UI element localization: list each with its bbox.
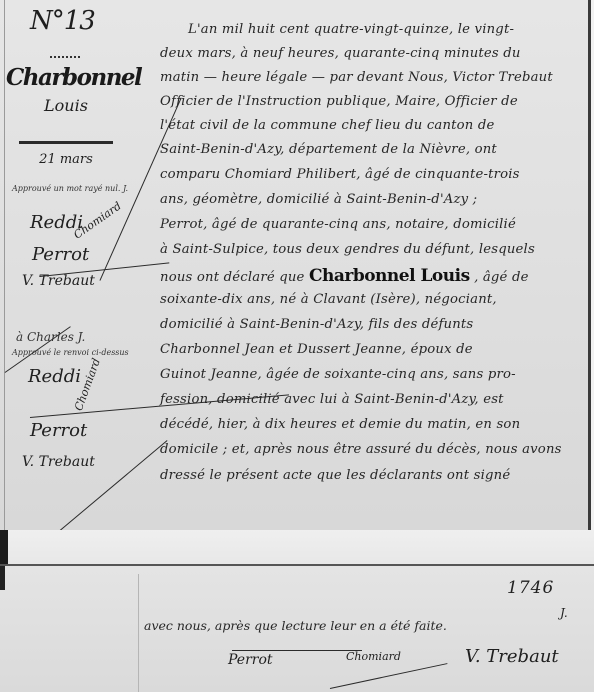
body-line-19: dressé le présent acte que les déclarant… <box>160 468 510 483</box>
register-page-top: N°13 Charbonnel Louis 21 mars Approuvé u… <box>0 0 594 530</box>
register-page-bottom: 1746 avec nous, après que lecture leur e… <box>0 564 594 692</box>
closing-line: avec nous, après que lecture leur en a é… <box>144 618 447 633</box>
body-line-7: comparu Chomiard Philibert, âgé de cinqu… <box>160 167 520 182</box>
signature-chomiard-bottom: Chomiard <box>346 650 401 663</box>
body-line-3: matin — heure légale — par devant Nous, … <box>160 70 553 85</box>
body-line-8: ans, géomètre, domicilié à Saint-Benin-d… <box>160 192 477 207</box>
body-line-5: l'état civil de la commune chef lieu du … <box>160 118 495 133</box>
page-gap <box>0 530 594 564</box>
pen-flourish <box>232 650 362 651</box>
margin-divider <box>19 141 113 144</box>
body-line-2: deux mars, à neuf heures, quarante-cinq … <box>160 46 521 61</box>
body-line-18: domicile ; et, après nous être assuré du… <box>160 442 562 457</box>
body-line-11: nous ont déclaré que Charbonnel Louis , … <box>160 266 529 286</box>
signature-perrot-2: Perrot <box>30 420 87 441</box>
signature-trebaut: V. Trebaut <box>22 273 95 289</box>
body-line-14: Charbonnel Jean et Dussert Jeanne, époux… <box>160 342 473 357</box>
body-line-6: Saint-Benin-d'Azy, département de la Niè… <box>160 142 497 157</box>
signature-perrot: Perrot <box>32 244 89 265</box>
body-line-17: décédé, hier, à dix heures et demie du m… <box>160 417 520 432</box>
record-date: 21 mars <box>36 152 96 167</box>
margin-column: N°13 Charbonnel Louis 21 mars Approuvé u… <box>0 0 150 530</box>
body-line-12: soixante-dix ans, né à Clavant (Isère), … <box>160 292 497 307</box>
closing-mark: J. <box>560 606 568 620</box>
signature-trebaut-2: V. Trebaut <box>22 454 95 470</box>
act-number-flourish <box>50 55 80 58</box>
binding-edge <box>588 0 591 530</box>
scan-edge-shadow <box>0 566 5 590</box>
folio-number: 1746 <box>507 578 554 598</box>
deceased-name-inline: Charbonnel Louis <box>309 266 470 286</box>
deceased-surname: Charbonnel <box>6 64 136 91</box>
margin-approval-note: Approuvé un mot rayé nul. J. <box>12 184 132 194</box>
signature-reddi-2: Reddi <box>28 366 81 387</box>
body-line-4: Officier de l'Instruction publique, Mair… <box>160 94 518 109</box>
signature-perrot-bottom: Perrot <box>228 652 273 668</box>
scan-edge-shadow <box>0 530 8 564</box>
signature-trebaut-bottom: V. Trebaut <box>465 646 559 667</box>
body-line-11-text: nous ont déclaré que <box>160 270 305 285</box>
body-line-13: domicilié à Saint-Benin-d'Azy, fils des … <box>160 317 473 332</box>
body-line-10: à Saint-Sulpice, tous deux gendres du dé… <box>160 242 535 257</box>
deceased-first-name: Louis <box>36 96 96 115</box>
body-line-16: fession, domicilié avec lui à Saint-Beni… <box>160 392 504 407</box>
body-line-15: Guinot Jeanne, âgée de soixante-cinq ans… <box>160 367 516 382</box>
body-line-11-suffix: , âgé de <box>474 270 529 285</box>
body-line-1: L'an mil huit cent quatre-vingt-quinze, … <box>188 22 514 37</box>
margin-line <box>138 574 139 692</box>
act-number: N°13 <box>30 6 90 36</box>
pen-flourish <box>330 663 448 689</box>
body-line-9: Perrot, âgé de quarante-cinq ans, notair… <box>160 217 516 232</box>
